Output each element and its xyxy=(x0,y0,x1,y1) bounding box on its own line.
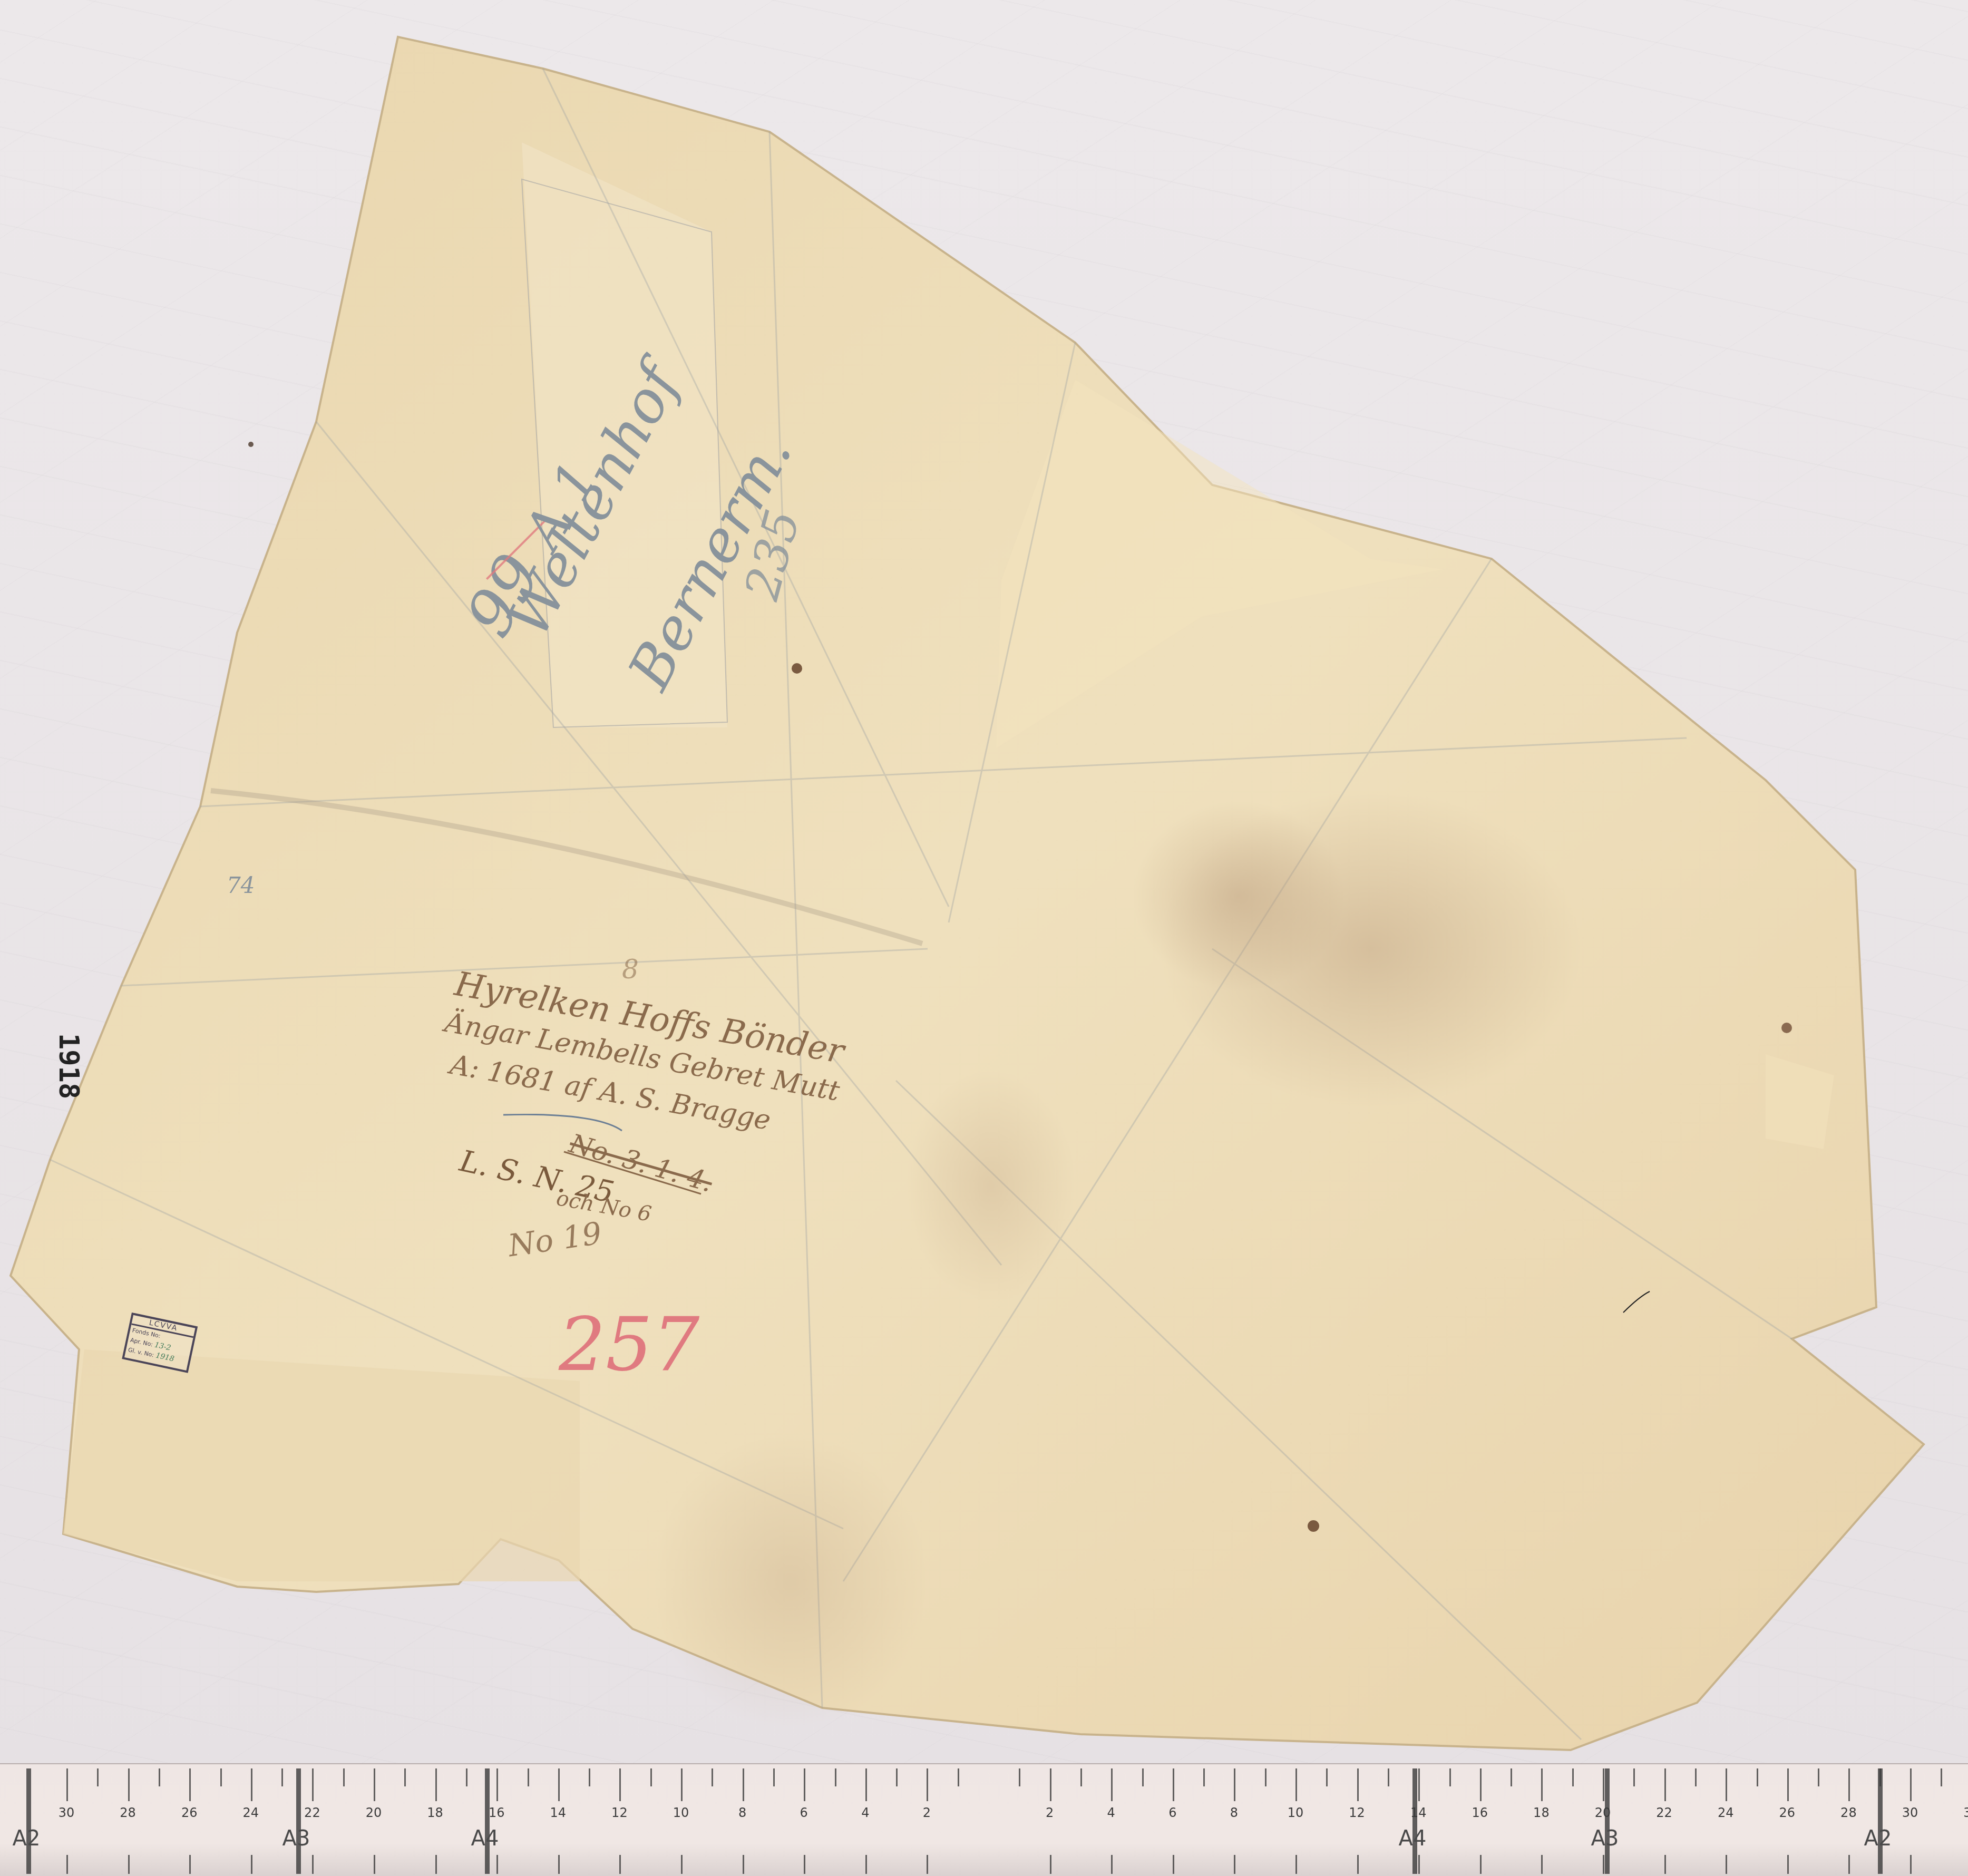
ruler-tick xyxy=(1234,1855,1235,1874)
ruler-minor-tick xyxy=(1203,1768,1205,1786)
ruler-tick xyxy=(251,1768,252,1801)
ruler-minor-tick xyxy=(1757,1768,1758,1786)
ruler-tick xyxy=(1480,1768,1482,1801)
ruler-minor-tick xyxy=(1388,1768,1389,1786)
ruler-tick xyxy=(1111,1768,1113,1801)
ruler-tick xyxy=(128,1768,130,1801)
ruler-tick xyxy=(1787,1768,1789,1801)
ruler-tick xyxy=(496,1768,498,1801)
ruler-tick xyxy=(1173,1855,1174,1874)
paper-size-label: A3 xyxy=(1591,1826,1619,1851)
ruler-tick xyxy=(251,1855,252,1874)
ruler-minor-tick xyxy=(1265,1768,1266,1786)
ruler-minor-tick xyxy=(343,1768,345,1786)
ruler-tick xyxy=(189,1768,191,1801)
ruler-tick-label: 28 xyxy=(1840,1805,1857,1820)
red-number-257: 257 xyxy=(559,1302,699,1388)
ruler-tick-label: 30 xyxy=(59,1805,75,1820)
ruler-tick xyxy=(1726,1855,1727,1874)
ruler-tick-label: 10 xyxy=(673,1805,689,1820)
paper-size-marker xyxy=(26,1768,31,1874)
ruler-tick xyxy=(1726,1768,1727,1801)
ruler-tick xyxy=(1848,1855,1850,1874)
ruler-minor-tick xyxy=(1511,1768,1512,1786)
ruler-tick-label: 16 xyxy=(1472,1805,1488,1820)
ruler-tick-label: 6 xyxy=(800,1805,808,1820)
ruler-tick-label: 10 xyxy=(1288,1805,1304,1820)
ruler-minor-tick xyxy=(466,1768,467,1786)
stamped-number-1918: 1918 xyxy=(53,1033,84,1099)
ruler-minor-tick xyxy=(650,1768,652,1786)
ruler-tick-label: 4 xyxy=(861,1805,869,1820)
ruler-minor-tick xyxy=(1080,1768,1082,1786)
ruler-tick xyxy=(1603,1768,1604,1801)
ruler-minor-tick xyxy=(1572,1768,1574,1786)
ruler-tick xyxy=(1295,1768,1297,1801)
ruler-tick xyxy=(1111,1855,1113,1874)
paper-size-marker xyxy=(1605,1768,1610,1874)
ruler-tick xyxy=(1480,1855,1482,1874)
ruler-tick xyxy=(743,1855,744,1874)
ruler-tick xyxy=(312,1855,314,1874)
ruler-tick-label: 18 xyxy=(427,1805,443,1820)
ruler-tick xyxy=(1910,1768,1912,1801)
ruler-tick xyxy=(1418,1855,1420,1874)
ruler-tick xyxy=(681,1855,683,1874)
ruler-tick xyxy=(1541,1855,1543,1874)
ruler-minor-tick xyxy=(528,1768,529,1786)
pencil-number-74: 74 xyxy=(227,872,255,898)
ruler-minor-tick xyxy=(220,1768,222,1786)
ruler-tick xyxy=(743,1768,744,1801)
ruler-tick-label: 20 xyxy=(366,1805,382,1820)
ruler-minor-tick xyxy=(589,1768,590,1786)
ruler-tick-label: 16 xyxy=(489,1805,505,1820)
ruler-tick xyxy=(1910,1855,1912,1874)
ruler-tick xyxy=(927,1768,928,1801)
ruler-tick-label: 22 xyxy=(1656,1805,1672,1820)
ink-small-8: 8 xyxy=(622,954,639,985)
ruler-minor-tick xyxy=(1633,1768,1635,1786)
ruler-tick xyxy=(1050,1768,1051,1801)
ruler-minor-tick xyxy=(835,1768,836,1786)
ruler-minor-tick xyxy=(1941,1768,1942,1786)
ruler-tick xyxy=(66,1768,68,1801)
ruler-tick-label: 26 xyxy=(181,1805,198,1820)
ruler-tick-label: 32 xyxy=(1963,1805,1968,1820)
paper-size-label: A2 xyxy=(1864,1826,1892,1851)
ruler-minor-tick xyxy=(1449,1768,1451,1786)
ruler-minor-tick xyxy=(97,1768,99,1786)
ruler-minor-tick xyxy=(1695,1768,1697,1786)
ruler-tick xyxy=(66,1855,68,1874)
ruler-tick xyxy=(1848,1768,1850,1801)
ruler-tick-label: 28 xyxy=(120,1805,136,1820)
ruler-tick xyxy=(1664,1855,1666,1874)
ruler-tick-label: 24 xyxy=(1718,1805,1734,1820)
ruler-tick xyxy=(312,1768,314,1801)
ruler-minor-tick xyxy=(1326,1768,1328,1786)
paper-size-marker xyxy=(1412,1768,1417,1874)
ruler-tick xyxy=(558,1855,560,1874)
paper-size-label: A3 xyxy=(282,1826,310,1851)
ruler-tick-label: 6 xyxy=(1168,1805,1176,1820)
ruler-tick xyxy=(1295,1855,1297,1874)
ruler-minor-tick xyxy=(1019,1768,1020,1786)
ruler-tick-label: 12 xyxy=(611,1805,628,1820)
ruler-minor-tick xyxy=(712,1768,713,1786)
ruler-tick xyxy=(558,1768,560,1801)
ruler-minor-tick xyxy=(773,1768,775,1786)
ruler-tick xyxy=(128,1855,130,1874)
ruler-tick xyxy=(865,1768,867,1801)
ruler-tick xyxy=(374,1855,375,1874)
ruler-tick xyxy=(681,1768,683,1801)
ruler-tick-label: 2 xyxy=(923,1805,931,1820)
ruler-tick-label: 12 xyxy=(1349,1805,1365,1820)
ruler-tick-label: 8 xyxy=(1230,1805,1238,1820)
measuring-ruler: 3028262422201816141210864224681012141618… xyxy=(0,1763,1968,1876)
paper-size-marker xyxy=(296,1768,301,1874)
ruler-tick-label: 14 xyxy=(550,1805,567,1820)
ruler-tick xyxy=(1234,1768,1235,1801)
ruler-tick xyxy=(189,1855,191,1874)
ruler-tick xyxy=(1357,1855,1359,1874)
ruler-tick xyxy=(435,1855,437,1874)
ruler-tick xyxy=(619,1768,621,1801)
paper-size-label: A4 xyxy=(1399,1826,1427,1851)
ruler-tick xyxy=(1787,1855,1789,1874)
ruler-tick xyxy=(1603,1855,1604,1874)
ruler-tick-label: 2 xyxy=(1046,1805,1054,1820)
parchment-sheet xyxy=(0,0,1968,1792)
ruler-minor-tick xyxy=(896,1768,898,1786)
ruler-minor-tick xyxy=(958,1768,959,1786)
ruler-tick xyxy=(619,1855,621,1874)
ruler-tick-label: 22 xyxy=(304,1805,320,1820)
ruler-tick xyxy=(1541,1768,1543,1801)
ruler-tick xyxy=(374,1768,375,1801)
ruler-minor-tick xyxy=(281,1768,283,1786)
ruler-tick xyxy=(1664,1768,1666,1801)
ruler-tick xyxy=(496,1855,498,1874)
ruler-tick xyxy=(1173,1768,1174,1801)
paper-size-label: A4 xyxy=(471,1826,499,1851)
ruler-tick xyxy=(435,1768,437,1801)
paper-size-label: A2 xyxy=(13,1826,41,1851)
ruler-tick xyxy=(865,1855,867,1874)
paper-size-marker xyxy=(485,1768,490,1874)
ruler-tick-label: 8 xyxy=(738,1805,746,1820)
ruler-minor-tick xyxy=(159,1768,160,1786)
ruler-tick xyxy=(927,1855,928,1874)
ruler-tick-label: 4 xyxy=(1107,1805,1115,1820)
ruler-minor-tick xyxy=(404,1768,406,1786)
ruler-tick-label: 24 xyxy=(243,1805,259,1820)
ruler-tick xyxy=(1418,1768,1420,1801)
ruler-minor-tick xyxy=(1142,1768,1144,1786)
ruler-tick xyxy=(804,1855,805,1874)
paper-size-marker xyxy=(1878,1768,1883,1874)
ruler-tick xyxy=(1357,1768,1359,1801)
ruler-tick xyxy=(1050,1855,1051,1874)
ruler-tick-label: 18 xyxy=(1533,1805,1550,1820)
ruler-tick-label: 26 xyxy=(1779,1805,1796,1820)
ruler-tick xyxy=(804,1768,805,1801)
ruler-minor-tick xyxy=(1818,1768,1819,1786)
ruler-tick-label: 30 xyxy=(1902,1805,1918,1820)
